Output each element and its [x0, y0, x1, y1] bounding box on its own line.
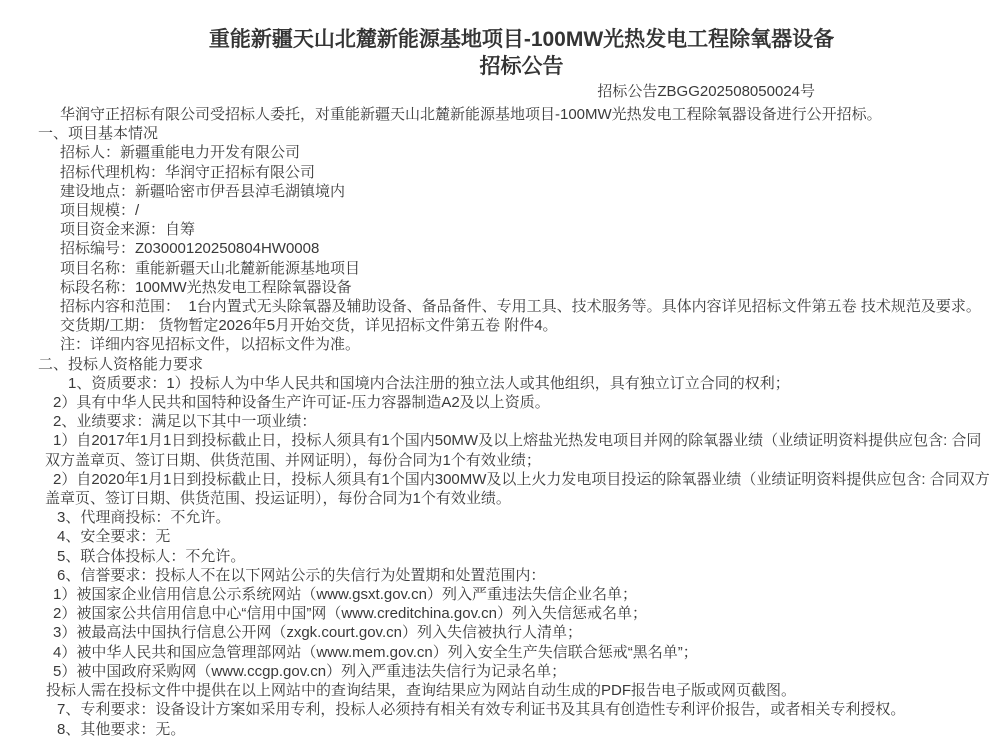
- project-name-line: 项目名称：重能新疆天山北麓新能源基地项目: [45, 259, 995, 278]
- project-scale-line: 项目规模：/: [45, 201, 995, 220]
- agency-line: 招标代理机构：华润守正招标有限公司: [45, 163, 995, 182]
- credit-site-3-line: 3）被最高法中国执行信息公开网（zxgk.court.gov.cn）列入失信被执…: [45, 623, 995, 642]
- credit-site-5-line: 5）被中国政府采购网（www.ccgp.gov.cn）列入严重违法失信行为记录名…: [45, 662, 995, 681]
- other-requirement-line: 8、其他要求：无。: [45, 720, 995, 739]
- page-title-line2: 招标公告: [58, 53, 985, 80]
- credit-query-note-line: 投标人需在投标文件中提供在以上网站中的查询结果，查询结果应为网站自动生成的PDF…: [45, 681, 995, 700]
- location-line: 建设地点：新疆哈密市伊吾县淖毛湖镇境内: [45, 182, 995, 201]
- lot-name-line: 标段名称：100MW光热发电工程除氧器设备: [45, 278, 995, 297]
- agent-bidding-line: 3、代理商投标：不允许。: [45, 508, 995, 527]
- qualification-requirement-line: 1、资质要求：1）投标人为中华人民共和国境内合法注册的独立法人或其他组织，具有独…: [45, 374, 995, 393]
- document-body: 华润守正招标有限公司受招标人委托，对重能新疆天山北麓新能源基地项目-100MW光…: [0, 105, 1005, 739]
- credit-site-4-line: 4）被中华人民共和国应急管理部网站（www.mem.gov.cn）列入安全生产失…: [45, 643, 995, 662]
- performance-option-1-line: 1）自2017年1月1日到投标截止日，投标人须具有1个国内50MW及以上熔盐光热…: [45, 431, 995, 469]
- credit-site-1-line: 1）被国家企业信用信息公示系统网站（www.gsxt.gov.cn）列入严重违法…: [45, 585, 995, 604]
- intro-paragraph: 华润守正招标有限公司受招标人委托，对重能新疆天山北麓新能源基地项目-100MW光…: [45, 105, 995, 124]
- bidder-line: 招标人：新疆重能电力开发有限公司: [45, 143, 995, 162]
- section-2-heading: 二、投标人资格能力要求: [45, 355, 995, 374]
- credit-site-2-line: 2）被国家公共信用信息中心“信用中国”网（www.creditchina.gov…: [45, 604, 995, 623]
- safety-requirement-line: 4、安全要求：无: [45, 527, 995, 546]
- scope-line: 招标内容和范围： 1台内置式无头除氧器及辅助设备、备品备件、专用工具、技术服务等…: [45, 297, 995, 316]
- delivery-period-line: 交货期/工期： 货物暂定2026年5月开始交货，详见招标文件第五卷 附件4。: [45, 316, 995, 335]
- note-line: 注：详细内容见招标文件，以招标文件为准。: [45, 335, 995, 354]
- announcement-number: 招标公告ZBGG202508050024号: [0, 82, 1005, 101]
- tender-announcement-document: 重能新疆天山北麓新能源基地项目-100MW光热发电工程除氧器设备 招标公告 招标…: [0, 0, 1005, 746]
- patent-requirement-line: 7、专利要求：设备设计方案如采用专利，投标人必须持有相关有效专利证书及其具有创造…: [45, 700, 995, 719]
- performance-requirement-line: 2、业绩要求：满足以下其中一项业绩：: [45, 412, 995, 431]
- funding-source-line: 项目资金来源：自筹: [45, 220, 995, 239]
- performance-option-2-line: 2）自2020年1月1日到投标截止日，投标人须具有1个国内300MW及以上火力发…: [45, 470, 995, 508]
- section-1-heading: 一、项目基本情况: [45, 124, 995, 143]
- page-title-line1: 重能新疆天山北麓新能源基地项目-100MW光热发电工程除氧器设备: [58, 26, 985, 53]
- qualification-sub-line: 2）具有中华人民共和国特种设备生产许可证-压力容器制造A2及以上资质。: [45, 393, 995, 412]
- document-title: 重能新疆天山北麓新能源基地项目-100MW光热发电工程除氧器设备 招标公告: [0, 0, 1005, 80]
- consortium-bidding-line: 5、联合体投标人：不允许。: [45, 547, 995, 566]
- credit-requirement-line: 6、信誉要求：投标人不在以下网站公示的失信行为处置期和处置范围内：: [45, 566, 995, 585]
- tender-number-line: 招标编号：Z03000120250804HW0008: [45, 239, 995, 258]
